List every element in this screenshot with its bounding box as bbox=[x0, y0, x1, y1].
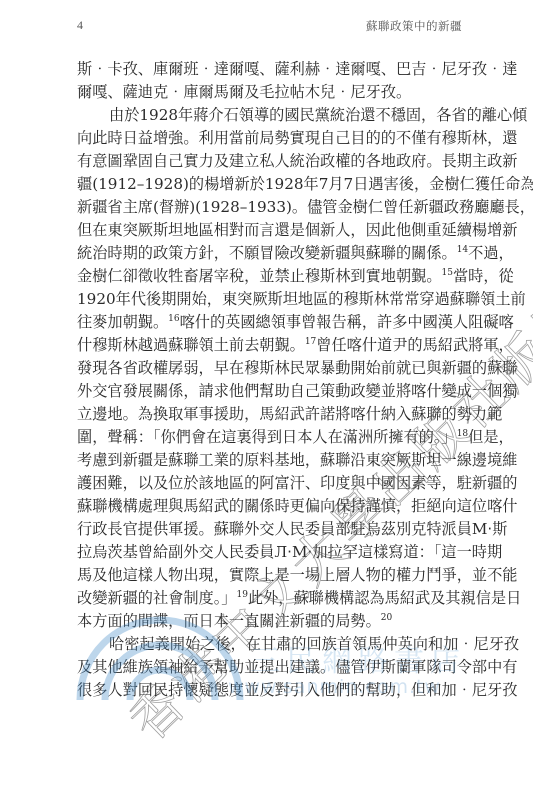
footnote-ref[interactable]: 19 bbox=[236, 590, 247, 600]
text-line: 護困難，以及位於該地區的阿富汗、印度與中國因素等，駐新疆的 bbox=[77, 472, 462, 495]
text-line: 蘇聯機構處理與馬紹武的關係時更偏向保持謹慎，拒絕向這位喀什 bbox=[77, 495, 462, 518]
text-line: 圍，聲稱：「你們會在這裏得到日本人在滿洲所擁有的。」18但是， bbox=[77, 426, 462, 449]
text-line: 斯‧卡孜、庫爾班‧達爾嘎、薩利赫‧達爾嘎、巴吉‧尼牙孜‧達 bbox=[77, 58, 462, 81]
footnote-ref[interactable]: 16 bbox=[168, 314, 179, 324]
text-line: 但在東突厥斯坦地區相對而言還是個新人，因此他側重延續楊增新 bbox=[77, 219, 462, 242]
footnote-ref[interactable]: 15 bbox=[442, 268, 453, 278]
text-line: 向此時日益增強。利用當前局勢實現自己目的的不僅有穆斯林，還 bbox=[77, 127, 462, 150]
text-line: 拉烏茨基曾給副外交人民委員Л‧M‧加拉罕這樣寫道：「這一時期 bbox=[77, 541, 462, 564]
text-line: 發現各省政權孱弱，早在穆斯林民眾暴動開始前就已與新疆的蘇聯 bbox=[77, 357, 462, 380]
paragraph-start-line: 由於1928年蔣介石領導的國民黨統治還不穩固，各省的離心傾 bbox=[77, 104, 462, 127]
text-line: 馬及他這樣人物出現，實際上是一場上層人物的權力鬥爭，並不能 bbox=[77, 564, 462, 587]
text-line: 新疆省主席(督辦)(1928–1933)。儘管金樹仁曾任新疆政務廳廳長， bbox=[77, 196, 462, 219]
footnote-ref[interactable]: 14 bbox=[457, 245, 468, 255]
text-line: 什穆斯林越過蘇聯領土前去朝覲。17曾任喀什道尹的馬紹武將軍， bbox=[77, 334, 462, 357]
footnote-ref[interactable]: 18 bbox=[457, 429, 468, 439]
text-line: 本方面的間諜，而日本一直關注新疆的局勢。20 bbox=[77, 610, 462, 633]
text-line: 立邊地。為換取軍事援助，馬紹武許諾將喀什納入蘇聯的勢力範 bbox=[77, 403, 462, 426]
text-line: 有意圖鞏固自己實力及建立私人統治政權的各地政府。長期主政新 bbox=[77, 150, 462, 173]
body-text: 斯‧卡孜、庫爾班‧達爾嘎、薩利赫‧達爾嘎、巴吉‧尼牙孜‧達 爾嘎、薩迪克‧庫爾馬… bbox=[77, 58, 462, 702]
text-line: 很多人對回民持懷疑態度並反對引入他們的幫助，但和加‧尼牙孜 bbox=[77, 679, 462, 702]
text-line: 及其他維族領袖給予幫助並提出建議。儘管伊斯蘭軍隊司令部中有 bbox=[77, 656, 462, 679]
text-line: 金樹仁卻徵收牲畜屠宰稅，並禁止穆斯林到實地朝覲。15當時，從 bbox=[77, 265, 462, 288]
page-header: 4 蘇聯政策中的新疆 bbox=[77, 18, 462, 36]
footnote-ref[interactable]: 20 bbox=[381, 613, 392, 623]
text-line: 爾嘎、薩迪克‧庫爾馬爾及毛拉帖木兒‧尼牙孜。 bbox=[77, 81, 462, 104]
footnote-ref[interactable]: 17 bbox=[305, 337, 316, 347]
text-line: 外交官發展關係，請求他們幫助自己策動政變並將喀什變成一個獨 bbox=[77, 380, 462, 403]
text-line: 疆(1912–1928)的楊增新於1928年7月7日遇害後，金樹仁獲任命為 bbox=[77, 173, 462, 196]
text-line: 往麥加朝覲。16喀什的英國總領事曾報告稱，許多中國漢人阻礙喀 bbox=[77, 311, 462, 334]
running-title: 蘇聯政策中的新疆 bbox=[366, 18, 462, 34]
page-number: 4 bbox=[77, 18, 83, 33]
paragraph-start-line: 哈密起義開始之後，在甘肅的回族首領馬仲英向和加‧尼牙孜 bbox=[77, 633, 462, 656]
text-line: 改變新疆的社會制度。」19此外，蘇聯機構認為馬紹武及其親信是日 bbox=[77, 587, 462, 610]
text-line: 1920年代後期開始，東突厥斯坦地區的穆斯林常常穿過蘇聯領土前 bbox=[77, 288, 462, 311]
text-line: 考慮到新疆是蘇聯工業的原料基地，蘇聯沿東突厥斯坦一線邊境維 bbox=[77, 449, 462, 472]
text-line: 行政長官提供軍援。蘇聯外交人民委員部駐烏茲別克特派員M‧斯 bbox=[77, 518, 462, 541]
text-line: 統治時期的政策方針，不願冒險改變新疆與蘇聯的關係。14不過， bbox=[77, 242, 462, 265]
